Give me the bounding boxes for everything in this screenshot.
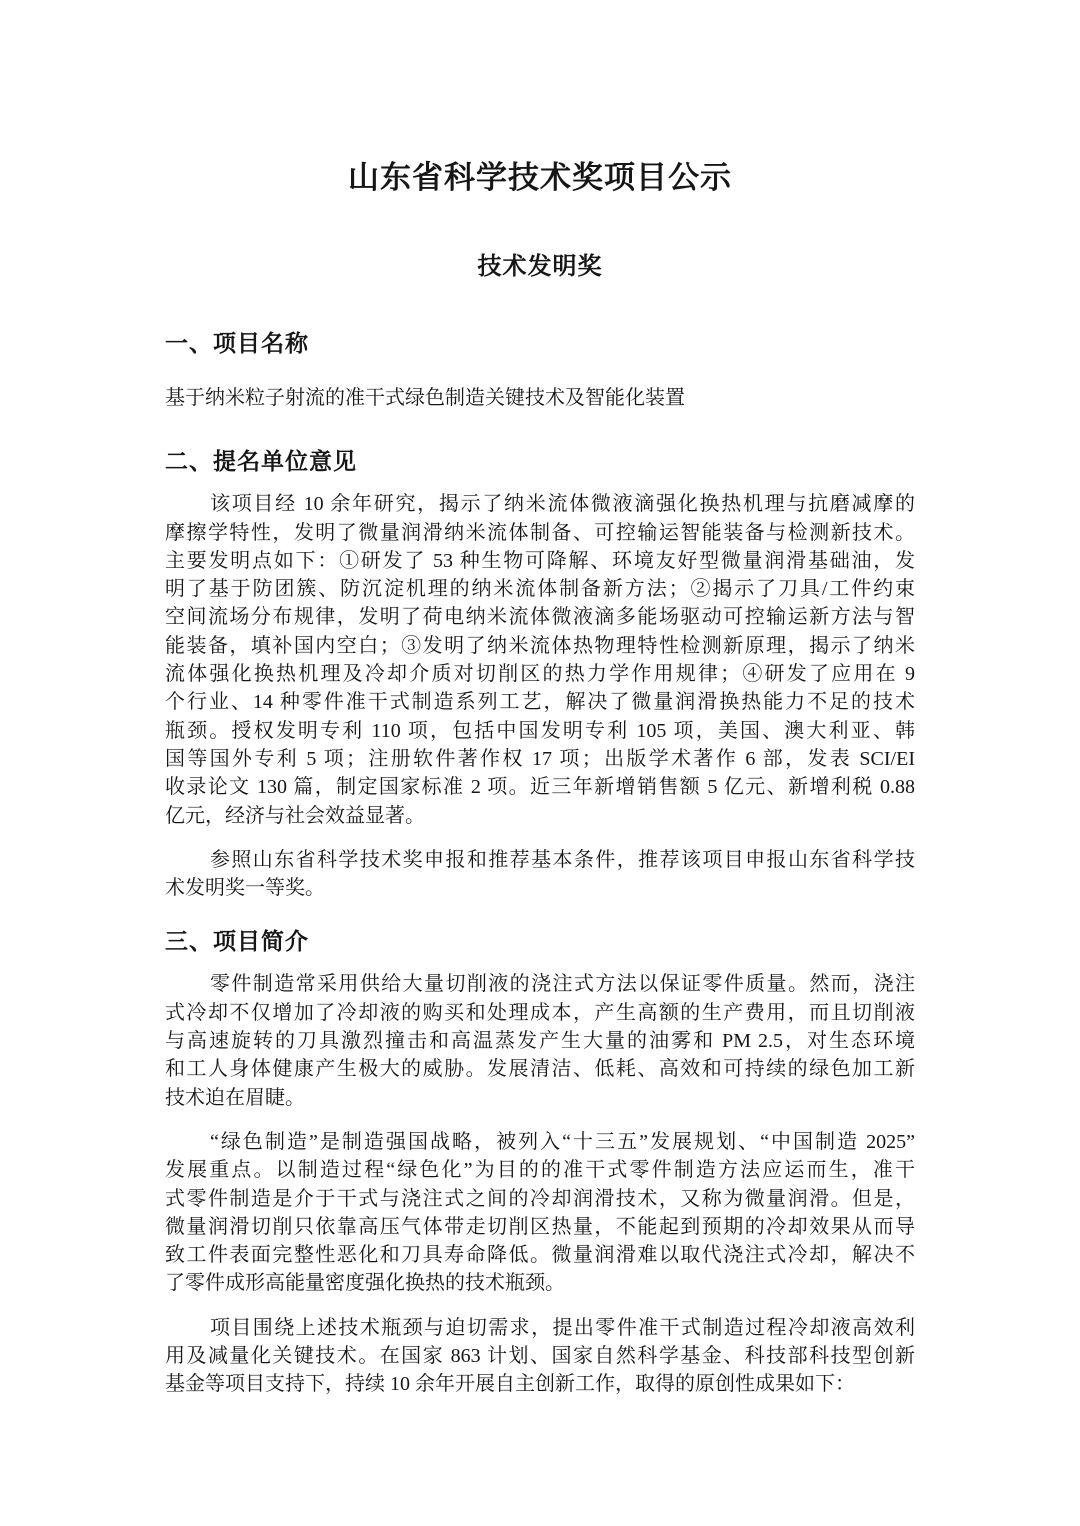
text-line: 流体强化换热机理及冷却介质对切削区的热力学作用规律；④研发了应用在 9 — [165, 660, 915, 688]
award-category-subtitle: 技术发明奖 — [165, 252, 915, 282]
text-line: 基于纳米粒子射流的准干式绿色制造关键技术及智能化装置 — [165, 384, 915, 412]
text-line: 项目围绕上述技术瓶颈与迫切需求，提出零件准干式制造过程冷却液高效利 — [165, 1314, 915, 1342]
text-line: 能装备，填补国内空白；③发明了纳米流体热物理特性检测新原理，揭示了纳米 — [165, 632, 915, 660]
text-line: 和工人身体健康产生极大的威胁。发展清洁、低耗、高效和可持续的绿色加工新 — [165, 1055, 915, 1083]
text-line: 用及减量化关键技术。在国家 863 计划、国家自然科学基金、科技部科技型创新 — [165, 1342, 915, 1370]
text-line: 发展重点。以制造过程“绿色化”为目的的准干式零件制造方法应运而生，准干 — [165, 1156, 915, 1184]
document-title: 山东省科学技术奖项目公示 — [165, 160, 915, 196]
text-line: 空间流场分布规律，发明了荷电纳米流体微液滴多能场驱动可控输运新方法与智 — [165, 603, 915, 631]
text-line: 微量润滑切削只依靠高压气体带走切削区热量，不能起到预期的冷却效果从而导 — [165, 1213, 915, 1241]
text-line: 国等国外专利 5 项；注册软件著作权 17 项；出版学术著作 6 部，发表 SC… — [165, 745, 915, 773]
text-line: 致工件表面完整性恶化和刀具寿命降低。微量润滑难以取代浇注式冷却，解决不 — [165, 1241, 915, 1269]
text-line: 了零件成形高能量密度强化换热的技术瓶颈。 — [165, 1269, 915, 1297]
text-line: 术发明奖一等奖。 — [165, 874, 915, 902]
text-line: 参照山东省科学技术奖申报和推荐基本条件，推荐该项目申报山东省科学技 — [165, 846, 915, 874]
paragraph: 零件制造常采用供给大量切削液的浇注式方法以保证零件质量。然而，浇注式冷却不仅增加… — [165, 970, 915, 1111]
paragraph: 参照山东省科学技术奖申报和推荐基本条件，推荐该项目申报山东省科学技术发明奖一等奖… — [165, 846, 915, 903]
document-page: 山东省科学技术奖项目公示 技术发明奖 一、项目名称基于纳米粒子射流的准干式绿色制… — [0, 0, 1080, 1526]
section-heading: 一、项目名称 — [165, 328, 915, 358]
text-line: 个行业、14 种零件准干式制造系列工艺，解决了微量润滑换热能力不足的技术 — [165, 688, 915, 716]
text-line: 收录论文 130 篇，制定国家标准 2 项。近三年新增销售额 5 亿元、新增利税… — [165, 773, 915, 801]
section: 二、提名单位意见该项目经 10 余年研究，揭示了纳米流体微液滴强化换热机理与抗磨… — [165, 446, 915, 902]
text-line: “绿色制造”是制造强国战略，被列入“十三五”发展规划、“中国制造 2025” — [165, 1128, 915, 1156]
text-line: 基金等项目支持下，持续 10 余年开展自主创新工作，取得的原创性成果如下： — [165, 1370, 915, 1398]
section-heading: 二、提名单位意见 — [165, 446, 915, 476]
text-line: 主要发明点如下：①研发了 53 种生物可降解、环境友好型微量润滑基础油，发 — [165, 547, 915, 575]
section: 一、项目名称基于纳米粒子射流的准干式绿色制造关键技术及智能化装置 — [165, 328, 915, 412]
text-line: 零件制造常采用供给大量切削液的浇注式方法以保证零件质量。然而，浇注 — [165, 970, 915, 998]
text-line: 式冷却不仅增加了冷却液的购买和处理成本，产生高额的生产费用，而且切削液 — [165, 999, 915, 1027]
text-line: 亿元，经济与社会效益显著。 — [165, 802, 915, 830]
text-line: 瓶颈。授权发明专利 110 项，包括中国发明专利 105 项，美国、澳大利亚、韩 — [165, 717, 915, 745]
text-line: 与高速旋转的刀具激烈撞击和高温蒸发产生大量的油雾和 PM 2.5，对生态环境 — [165, 1027, 915, 1055]
text-line: 明了基于防团簇、防沉淀机理的纳米流体制备新方法；②揭示了刀具/工件约束 — [165, 575, 915, 603]
paragraph: 项目围绕上述技术瓶颈与迫切需求，提出零件准干式制造过程冷却液高效利用及减量化关键… — [165, 1314, 915, 1399]
section-heading: 三、项目简介 — [165, 926, 915, 956]
text-line: 摩擦学特性，发明了微量润滑纳米流体制备、可控输运智能装备与检测新技术。 — [165, 519, 915, 547]
text-line: 式零件制造是介于干式与浇注式之间的冷却润滑技术，又称为微量润滑。但是， — [165, 1185, 915, 1213]
text-line: 该项目经 10 余年研究，揭示了纳米流体微液滴强化换热机理与抗磨减摩的 — [165, 490, 915, 518]
paragraph: 基于纳米粒子射流的准干式绿色制造关键技术及智能化装置 — [165, 384, 915, 412]
document-sections: 一、项目名称基于纳米粒子射流的准干式绿色制造关键技术及智能化装置二、提名单位意见… — [165, 328, 915, 1399]
section: 三、项目简介零件制造常采用供给大量切削液的浇注式方法以保证零件质量。然而，浇注式… — [165, 926, 915, 1398]
paragraph: “绿色制造”是制造强国战略，被列入“十三五”发展规划、“中国制造 2025”发展… — [165, 1128, 915, 1298]
paragraph: 该项目经 10 余年研究，揭示了纳米流体微液滴强化换热机理与抗磨减摩的摩擦学特性… — [165, 490, 915, 830]
text-line: 技术迫在眉睫。 — [165, 1084, 915, 1112]
